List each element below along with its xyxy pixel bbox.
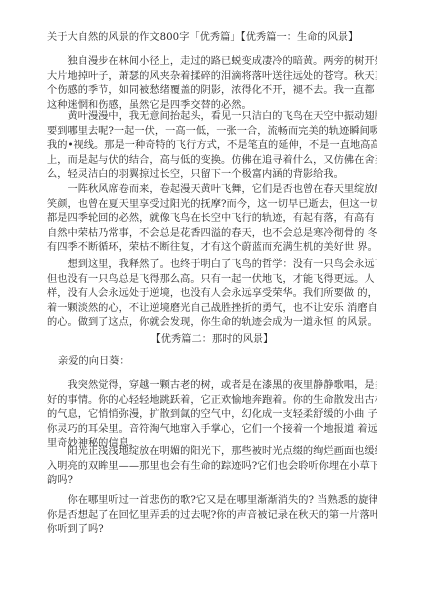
- text-line: 的气息，它悄悄弥漫，扩散到氤的空气中，幻化成一支轻柔舒缓的小曲 子，钻到: [47, 408, 377, 423]
- text-line: 着一颗淡然的心，不让逆境磨光自己战胜挫折的勇气，也不让安乐 消磨自己上进: [47, 302, 377, 317]
- text-line: 我突然觉得，穿越一颗古老的树，或者是在漆黑的夜里静静歌唱，是多么 美: [47, 379, 377, 394]
- text-line: 韵吗?: [47, 474, 377, 489]
- text-line: 阳光正浅浅地绽放在明媚的阳光下，那些被时光点缀的绚烂画面也缓缓地 潜: [47, 445, 377, 460]
- text-line: 有四季不断循环，荣枯不断往复，才有这个蔚蓝而充满生机的美好世 界。: [47, 241, 377, 256]
- text-line: 好的事情。你的心轻轻地跳跃着，它正欢愉地奔跑着。你的生命散发出古朴 淡雅: [47, 394, 377, 409]
- text-line: 要到哪里去呢?一起一伏，一高一低，一张一合，流畅而完美的轨迹瞬间吸引 了: [47, 125, 377, 140]
- text-line: 么，轻灵洁白的羽翼掠过长空，只留下一个极富内涵的背影给我。: [47, 168, 377, 183]
- text-line: 一阵秋风席卷而来，卷起漫天黄叶飞舞，它们是否也曾在春天里绽放醉人 的: [47, 183, 377, 198]
- text-line: 想到这里，我释然了。也终于明白了飞鸟的哲学：没有一只鸟会永远飞不 高，: [47, 258, 377, 273]
- text-line: 自然中荣枯乃常事，不会总是花香四溢的春天，也不会总是寒冷彻骨的 冬天，只: [47, 227, 377, 242]
- text-line: 入明亮的双眸里——那里也会有生命的踪迹吗?它们也会聆听你埋在小草下的 音: [47, 460, 377, 475]
- document-page: 关于大自然的风景的作文800字「优秀篇」【优秀篇一：生命的风景】 独自漫步在林间…: [0, 0, 424, 600]
- text-line: 我的•视线。那是一种奇特的飞行方式，不是笔直的延伸，不是一直地高高在: [47, 139, 377, 154]
- text-line: 你在哪里听过一首悲伤的歌?它又是在哪里渐渐消失的? 当熟悉的旋律响 起，: [47, 494, 377, 509]
- text-line: 个伤感的季节，如同被愁绪覆盖的阴影，浓得化不开，褪不去。我一直都 不喜欢: [47, 84, 377, 99]
- text-line: 你灵巧的耳朵里。音符淘气地窜入手掌心，它们一个接着一个地报道 着远方森林: [47, 423, 377, 438]
- text-line: 但也没有一只鸟总是飞得那么高。只有一起一伏地飞，才能飞得更远。人 生也同: [47, 273, 377, 288]
- text-line: 黄叶漫漫中，我无意间抬起头，看见一只洁白的飞鸟在天空中振动翅膀。 它: [47, 110, 377, 125]
- text-line: 笑颜，也曾在夏天里享受过阳光的抚摩?而今，这一切早已逝去，但这一切却 又: [47, 198, 377, 213]
- text-line: 样，没有人会永远处于逆境，也没有人会永远享受荣华。我们所要做 的，就是怀: [47, 287, 377, 302]
- document-title: 关于大自然的风景的作文800字「优秀篇」【优秀篇一：生命的风景】: [47, 31, 377, 46]
- text-line: 都是四季轮回的必然，就像飞鸟在长空中飞行的轨迹，有起有落，有高有 低。大: [47, 212, 377, 227]
- text-line: 大片地掉叶子，萧瑟的风夹杂着揉碎的泪滴将落叶送往远处的苍穹。秋天真 是一: [47, 70, 377, 85]
- text-line: 你听到了吗?: [47, 523, 377, 538]
- text-line: 上，而是起与伏的结合，高与低的变换。仿佛在追寻着什么，又仿佛在舍弃着 什: [47, 154, 377, 169]
- text-line: 你是否想起了在回忆里弄丢的过去呢?你的声音被记录在秋天的第一片落叶 里，: [47, 509, 377, 524]
- section-heading: 【优秀篇二：那时的风景】: [0, 333, 424, 348]
- salutation: 亲爱的向日葵：: [58, 355, 388, 370]
- text-line: 独自漫步在林间小径上，走过的路已蜕变成凄冷的暗黄。两旁的树开始大 片: [47, 55, 377, 70]
- text-line: 的心。做到了这点，你就会发现，你生命的轨迹会成为一道永恒 的风景。: [47, 316, 377, 331]
